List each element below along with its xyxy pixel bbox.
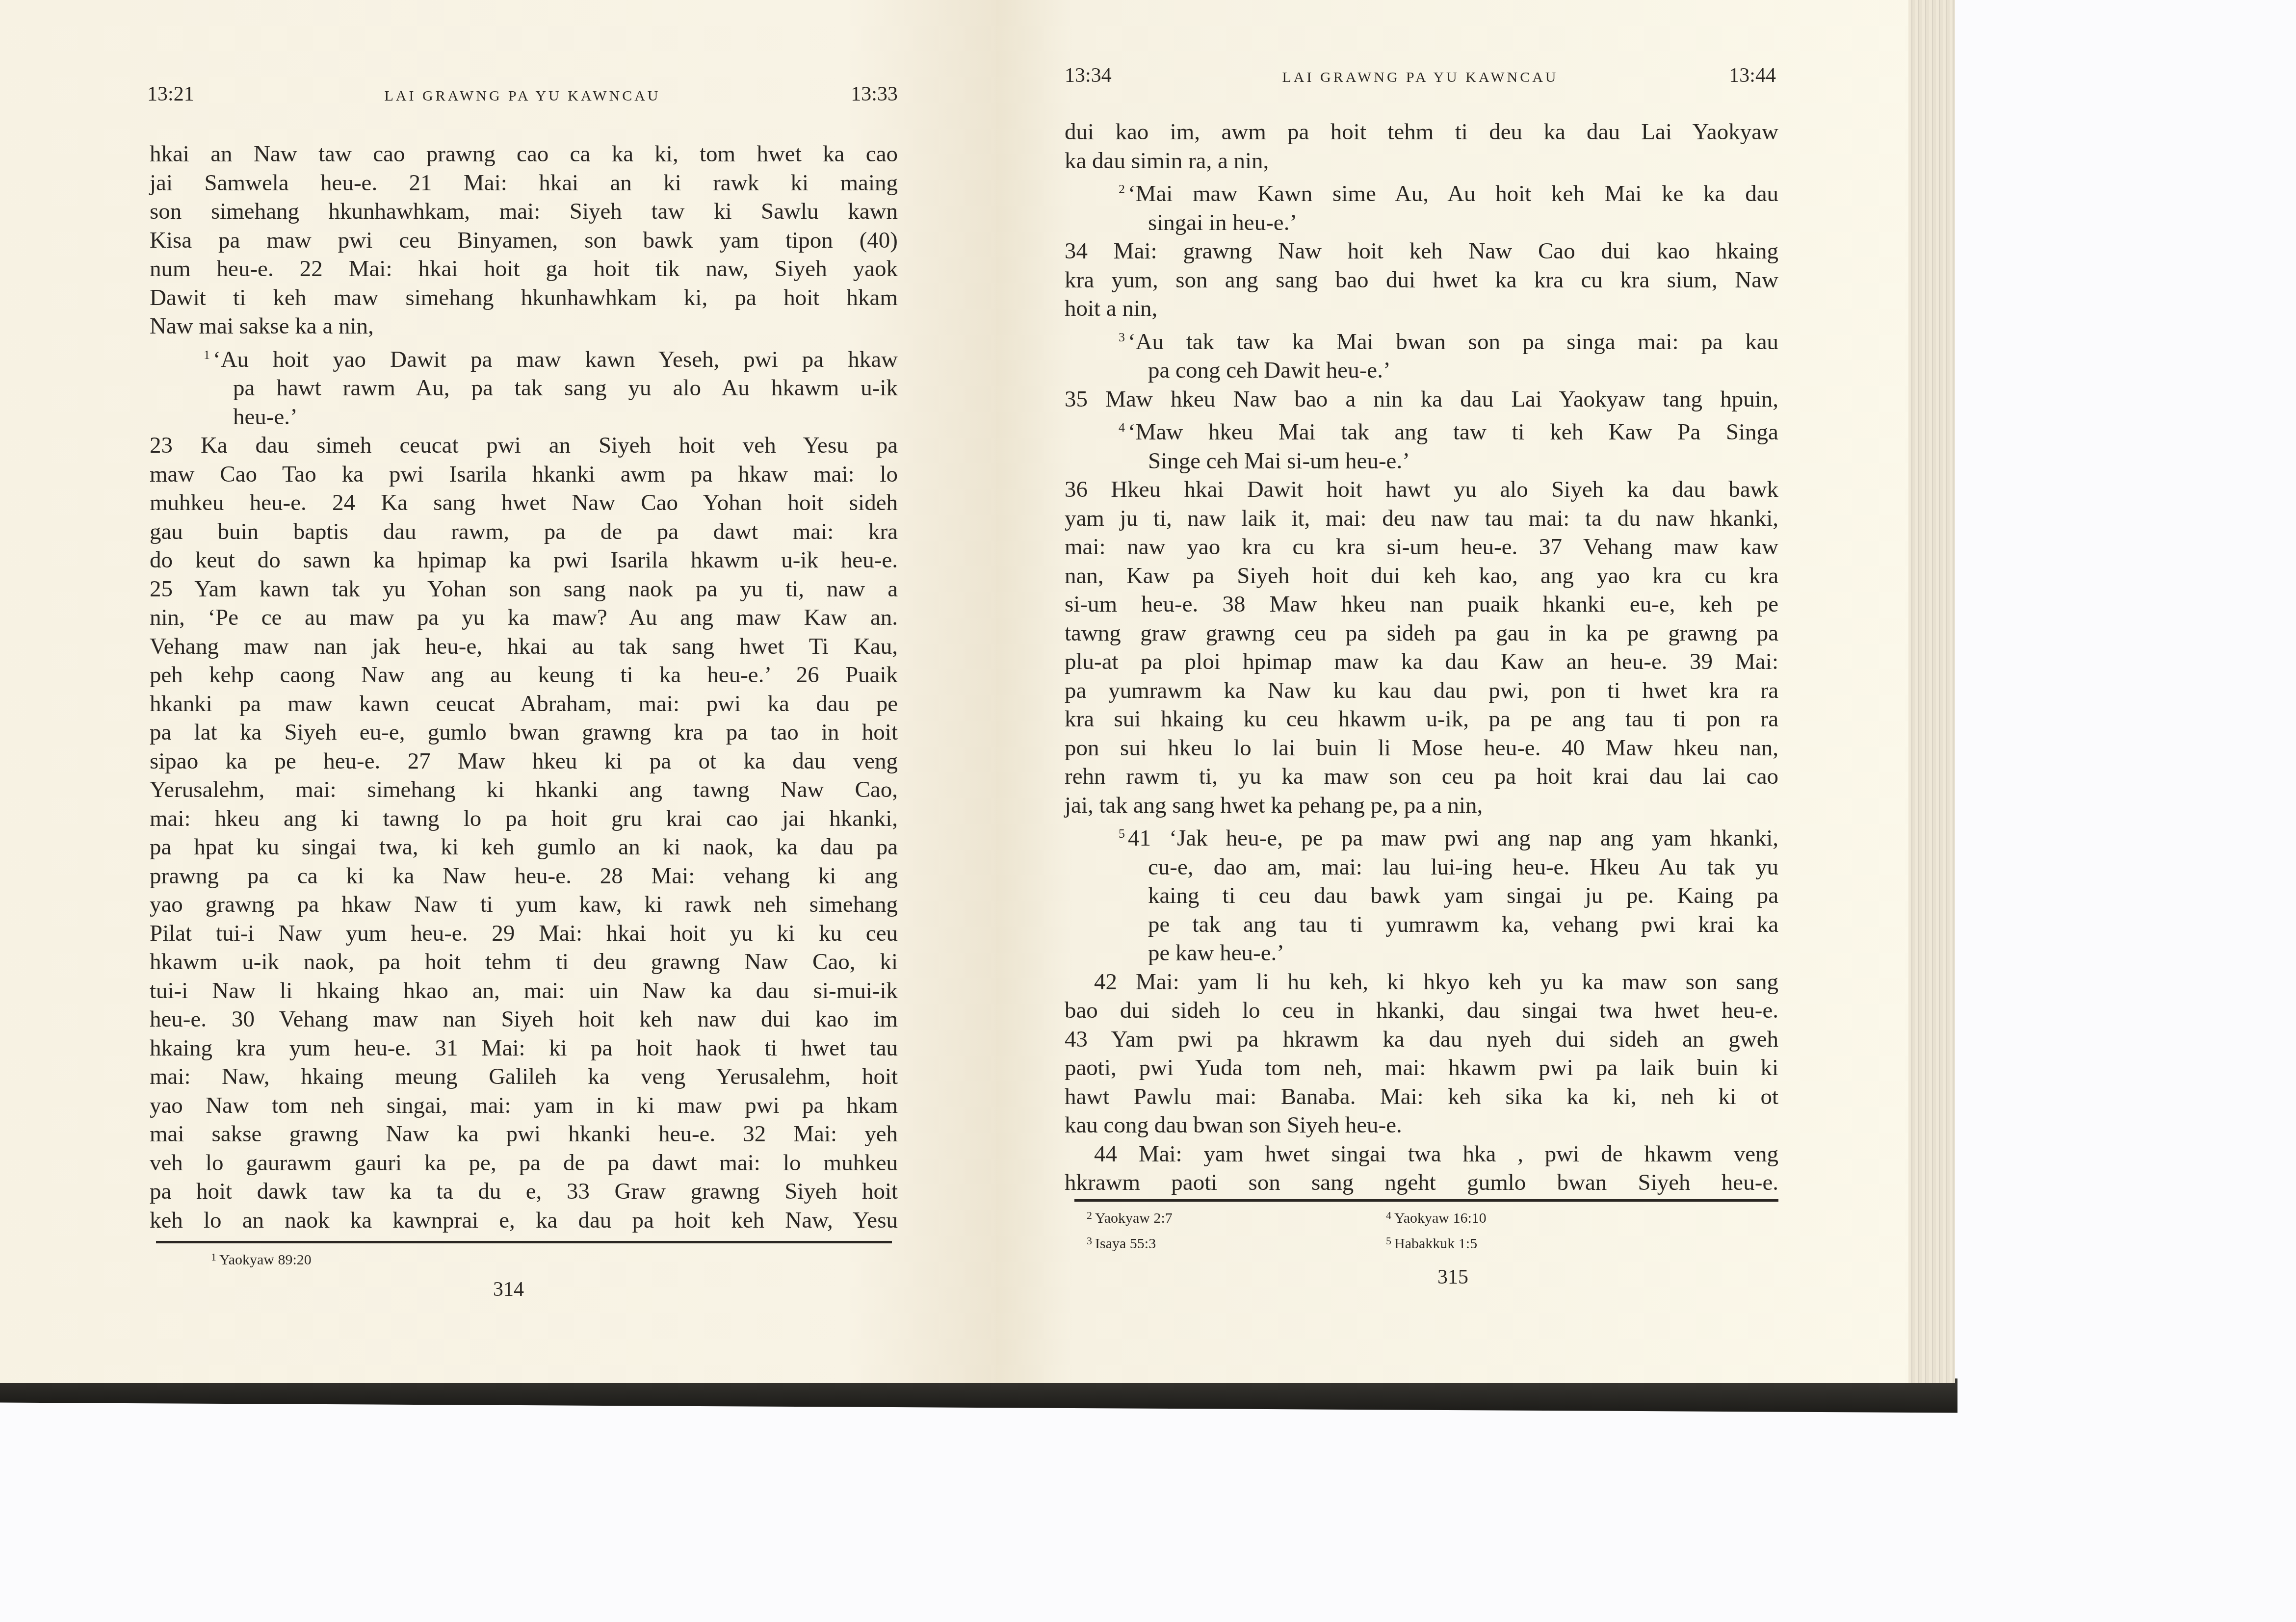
text-line: maw Cao Tao ka pwi Isarila hkanki awm pa… [150, 460, 898, 489]
footnote: 4Yaokyaw 16:10 [1386, 1204, 1626, 1230]
footnote-marker: 5 [1119, 826, 1125, 841]
text-line: gau buin baptis dau rawm, pa de pa dawt … [150, 517, 898, 546]
text-line: bao dui sideh lo ceu in hkanki, dau sing… [1065, 996, 1778, 1025]
text-line: paoti, pwi Yuda tom neh, mai: hkawm pwi … [1065, 1054, 1778, 1082]
left-page: 13:21 LAI GRAWNG PA YU KAWNCAU 13:33 hka… [0, 0, 996, 1383]
footnote-marker: 3 [1119, 330, 1125, 344]
text-line: kra yum, son ang sang bao dui hwet ka kr… [1065, 266, 1778, 295]
quotation-line: 3‘Au tak taw ka Mai bwan son pa singa ma… [1065, 323, 1778, 357]
footnote: 5Habakkuk 1:5 [1386, 1230, 1626, 1255]
text-line: mai: Naw, hkaing meung Galileh ka veng Y… [150, 1062, 898, 1091]
open-book: 13:21 LAI GRAWNG PA YU KAWNCAU 13:33 hka… [0, 0, 1957, 1410]
text-line: Pilat tui-i Naw yum heu-e. 29 Mai: hkai … [150, 919, 898, 948]
footnote-rule [156, 1241, 892, 1243]
text-line: hkawm u-ik naok, pa hoit tehm ti deu gra… [150, 948, 898, 977]
text-line: mai: naw yao kra cu kra si-um heu-e. 37 … [1065, 533, 1778, 562]
text-line: jai Samwela heu-e. 21 Mai: hkai an ki ra… [150, 169, 898, 198]
quotation-line: singai in heu-e.’ [1065, 208, 1778, 237]
text-line: 43 Yam pwi pa hkrawm ka dau nyeh dui sid… [1065, 1025, 1778, 1054]
running-head: 13:21 LAI GRAWNG PA YU KAWNCAU 13:33 [147, 82, 898, 106]
quotation-line: heu-e.’ [150, 403, 898, 432]
chapter-verse-end: 13:33 [851, 82, 898, 106]
text-line: hkrawm paoti son sang ngeht gumlo bwan S… [1065, 1168, 1778, 1197]
text-line: Naw mai sakse ka a nin, [150, 312, 898, 341]
text-line: num heu-e. 22 Mai: hkai hoit ga hoit tik… [150, 255, 898, 283]
text-line: keh lo an naok ka kawnprai e, ka dau pa … [150, 1206, 898, 1235]
text-line: hkai an Naw taw cao prawng cao ca ka ki,… [150, 140, 898, 169]
text-line: 23 Ka dau simeh ceucat pwi an Siyeh hoit… [150, 431, 898, 460]
text-line: yao grawng pa hkaw Naw ti yum kaw, ki ra… [150, 890, 898, 919]
page-body-text: dui kao im, awm pa hoit tehm ti deu ka d… [1065, 118, 1778, 1197]
text-line: muhkeu heu-e. 24 Ka sang hwet Naw Cao Yo… [150, 489, 898, 517]
text-line: mai: hkeu ang ki tawng lo pa hoit gru kr… [150, 804, 898, 833]
text-line: tawng graw grawng ceu pa sideh pa gau in… [1065, 619, 1778, 648]
book-title: LAI GRAWNG PA YU KAWNCAU [385, 88, 661, 104]
quotation-line: pa cong ceh Dawit heu-e.’ [1065, 356, 1778, 385]
text-line: dui kao im, awm pa hoit tehm ti deu ka d… [1065, 118, 1778, 147]
text-line: Vehang maw nan jak heu-e, hkai au tak sa… [150, 632, 898, 661]
text-line: 34 Mai: grawng Naw hoit keh Naw Cao dui … [1065, 237, 1778, 266]
chapter-verse-end: 13:44 [1729, 64, 1776, 87]
text-line: prawng pa ca ki ka Naw heu-e. 28 Mai: ve… [150, 862, 898, 891]
text-line: si-um heu-e. 38 Maw hkeu nan puaik hkank… [1065, 590, 1778, 619]
text-line: veh lo gaurawm gauri ka pe, pa de pa daw… [150, 1149, 898, 1178]
footnote: 3Isaya 55:3 [1087, 1230, 1327, 1255]
text-line: nin, ‘Pe ce au maw pa yu ka maw? Au ang … [150, 603, 898, 632]
footnote: 1Yaokyaw 89:20 [211, 1246, 849, 1271]
text-line: kau cong dau bwan son Siyeh heu-e. [1065, 1111, 1778, 1140]
text-line: mai sakse grawng Naw ka pwi hkanki heu-e… [150, 1120, 898, 1149]
quotation-line: cu-e, dao am, mai: lau lui-ing heu-e. Hk… [1065, 853, 1778, 882]
text-line: son simehang hkunhawhkam, mai: Siyeh taw… [150, 197, 898, 226]
chapter-verse-start: 13:34 [1065, 64, 1112, 87]
footnote-marker: 2 [1119, 182, 1125, 196]
footnote: 2Yaokyaw 2:7 [1087, 1204, 1327, 1230]
text-line: hoit a nin, [1065, 294, 1778, 323]
page-number: 315 [1437, 1265, 1468, 1289]
book-title: LAI GRAWNG PA YU KAWNCAU [1282, 69, 1559, 86]
text-line: pon sui hkeu lo lai buin li Mose heu-e. … [1065, 734, 1778, 763]
quotation-line: kaing ti ceu dau bawk yam singai ju pe. … [1065, 881, 1778, 910]
text-line: hkanki pa maw kawn ceucat Abraham, mai: … [150, 690, 898, 719]
footnote-rule [1074, 1199, 1778, 1202]
text-line: peh kehp caong Naw ang au keung ti ka he… [150, 661, 898, 690]
text-line: do keut do sawn ka hpimap ka pwi Isarila… [150, 546, 898, 575]
page-body-text: hkai an Naw taw cao prawng cao ca ka ki,… [150, 140, 898, 1235]
page-edges [1908, 0, 1955, 1383]
text-line: jai, tak ang sang hwet ka pehang pe, pa … [1065, 791, 1778, 820]
text-line: nan, Kaw pa Siyeh hoit dui keh kao, ang … [1065, 562, 1778, 591]
text-line: Dawit ti keh maw simehang hkunhawhkam ki… [150, 283, 898, 312]
text-line: tui-i Naw li hkaing hkao an, mai: uin Na… [150, 977, 898, 1005]
text-line: pa hpat ku singai twa, ki keh gumlo an k… [150, 833, 898, 862]
quotation-line: 2‘Mai maw Kawn sime Au, Au hoit keh Mai … [1065, 175, 1778, 208]
text-line: 44 Mai: yam hwet singai twa hka , pwi de… [1065, 1140, 1778, 1169]
page-number: 314 [493, 1278, 524, 1301]
text-line: hawt Pawlu mai: Banaba. Mai: keh sika ka… [1065, 1082, 1778, 1111]
text-line: yam ju ti, naw laik it, mai: deu naw tau… [1065, 504, 1778, 533]
text-line: Yerusalehm, mai: simehang ki hkanki ang … [150, 775, 898, 804]
text-line: plu-at pa ploi hpimap maw ka dau Kaw an … [1065, 647, 1778, 676]
footnote-marker: 4 [1119, 420, 1125, 435]
text-line: Kisa pa maw pwi ceu Binyamen, son bawk y… [150, 226, 898, 255]
text-line: sipao ka pe heu-e. 27 Maw hkeu ki pa ot … [150, 747, 898, 776]
text-line: pa lat ka Siyeh eu-e, gumlo bwan grawng … [150, 718, 898, 747]
footnote-marker: 1 [204, 348, 210, 362]
quotation-line: Singe ceh Mai si-um heu-e.’ [1065, 447, 1778, 476]
chapter-verse-start: 13:21 [147, 82, 194, 106]
text-line: 25 Yam kawn tak yu Yohan son sang naok p… [150, 575, 898, 604]
quotation-line: 4‘Maw hkeu Mai tak ang taw ti keh Kaw Pa… [1065, 413, 1778, 447]
text-line: hkaing kra yum heu-e. 31 Mai: ki pa hoit… [150, 1034, 898, 1063]
text-line: kra sui hkaing ku ceu hkawm u-ik, pa pe … [1065, 705, 1778, 734]
text-line: 36 Hkeu hkai Dawit hoit hawt yu alo Siye… [1065, 475, 1778, 504]
text-line: ka dau simin ra, a nin, [1065, 147, 1778, 176]
quotation-line: pe tak ang tau ti yumrawm ka, vehang pwi… [1065, 910, 1778, 939]
text-line: pa hoit dawk taw ka ta du e, 33 Graw gra… [150, 1177, 898, 1206]
text-line: 35 Maw hkeu Naw bao a nin ka dau Lai Yao… [1065, 385, 1778, 414]
text-line: heu-e. 30 Vehang maw nan Siyeh hoit keh … [150, 1005, 898, 1034]
running-head: 13:34 LAI GRAWNG PA YU KAWNCAU 13:44 [1065, 64, 1776, 87]
text-line: rehn rawm ti, yu ka maw son ceu pa hoit … [1065, 762, 1778, 791]
text-line: yao Naw tom neh singai, mai: yam in ki m… [150, 1091, 898, 1120]
right-page: 13:34 LAI GRAWNG PA YU KAWNCAU 13:44 dui… [996, 0, 1948, 1383]
quotation-line: 541 ‘Jak heu-e, pe pa maw pwi ang nap an… [1065, 820, 1778, 853]
text-line: pa yumrawm ka Naw ku kau dau pwi, pon ti… [1065, 676, 1778, 705]
footnotes: 2Yaokyaw 2:74Yaokyaw 16:103Isaya 55:35Ha… [1087, 1204, 1626, 1255]
quotation-line: pa hawt rawm Au, pa tak sang yu alo Au h… [150, 374, 898, 403]
quotation-line: pe kaw heu-e.’ [1065, 939, 1778, 968]
footnotes: 1Yaokyaw 89:20 [211, 1246, 849, 1271]
text-line: 42 Mai: yam li hu keh, ki hkyo keh yu ka… [1065, 968, 1778, 997]
quotation-line: 1‘Au hoit yao Dawit pa maw kawn Yeseh, p… [150, 341, 898, 374]
